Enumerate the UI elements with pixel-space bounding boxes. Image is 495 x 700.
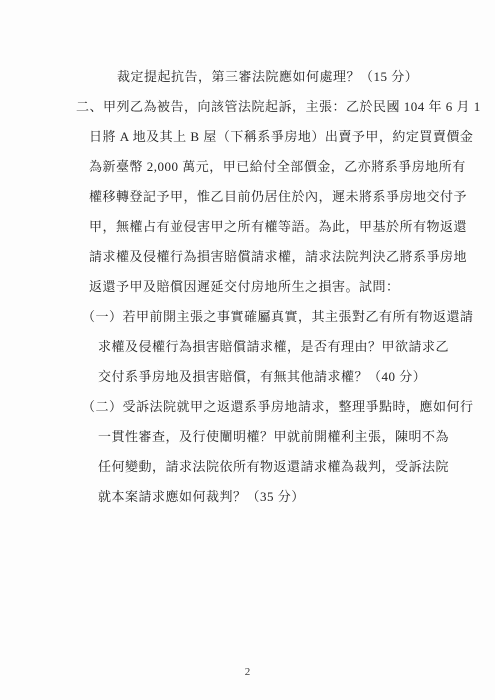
document-body: 裁定提起抗告，第三審法院應如何處理？（15 分） 二、甲列乙為被告，向該管法院起… [0,62,495,512]
document-line: 請求權及侵權行為損害賠償請求權，請求法院判決乙將系爭房地 [0,242,495,272]
document-line-subquestion-1: （一）若甲前開主張之事實確屬真實，其主張對乙有所有物返還請 [0,302,495,332]
document-line: 為新臺幣 2,000 萬元，甲已給付全部價金，乙亦將系爭房地所有 [0,152,495,182]
document-line: 任何變動，請求法院依所有物返還請求權為裁判，受訴法院 [0,452,495,482]
document-line: 返還予甲及賠償因遲延交付房地所生之損害。試問： [0,272,495,302]
document-line: 交付系爭房地及損害賠償，有無其他請求權？（40 分） [0,362,495,392]
page-number: 2 [245,666,251,678]
document-line: 裁定提起抗告，第三審法院應如何處理？（15 分） [0,62,495,92]
page-footer: 2 [0,662,495,680]
page: 裁定提起抗告，第三審法院應如何處理？（15 分） 二、甲列乙為被告，向該管法院起… [0,0,495,700]
document-line: 就本案請求應如何裁判？（35 分） [0,482,495,512]
document-line-question-2: 二、甲列乙為被告，向該管法院起訴，主張：乙於民國 104 年 6 月 1 [0,92,495,122]
document-line-subquestion-2: （二）受訴法院就甲之返還系爭房地請求，整理爭點時，應如何行 [0,392,495,422]
document-line: 日將 A 地及其上 B 屋（下稱系爭房地）出賣予甲，約定買賣價金 [0,122,495,152]
document-line: 一貫性審查，及行使闡明權？甲就前開權利主張，陳明不為 [0,422,495,452]
document-line: 求權及侵權行為損害賠償請求權，是否有理由？甲欲請求乙 [0,332,495,362]
document-line: 權移轉登記予甲，惟乙目前仍居住於內，遲未將系爭房地交付予 [0,182,495,212]
document-line: 甲，無權占有並侵害甲之所有權等語。為此，甲基於所有物返還 [0,212,495,242]
